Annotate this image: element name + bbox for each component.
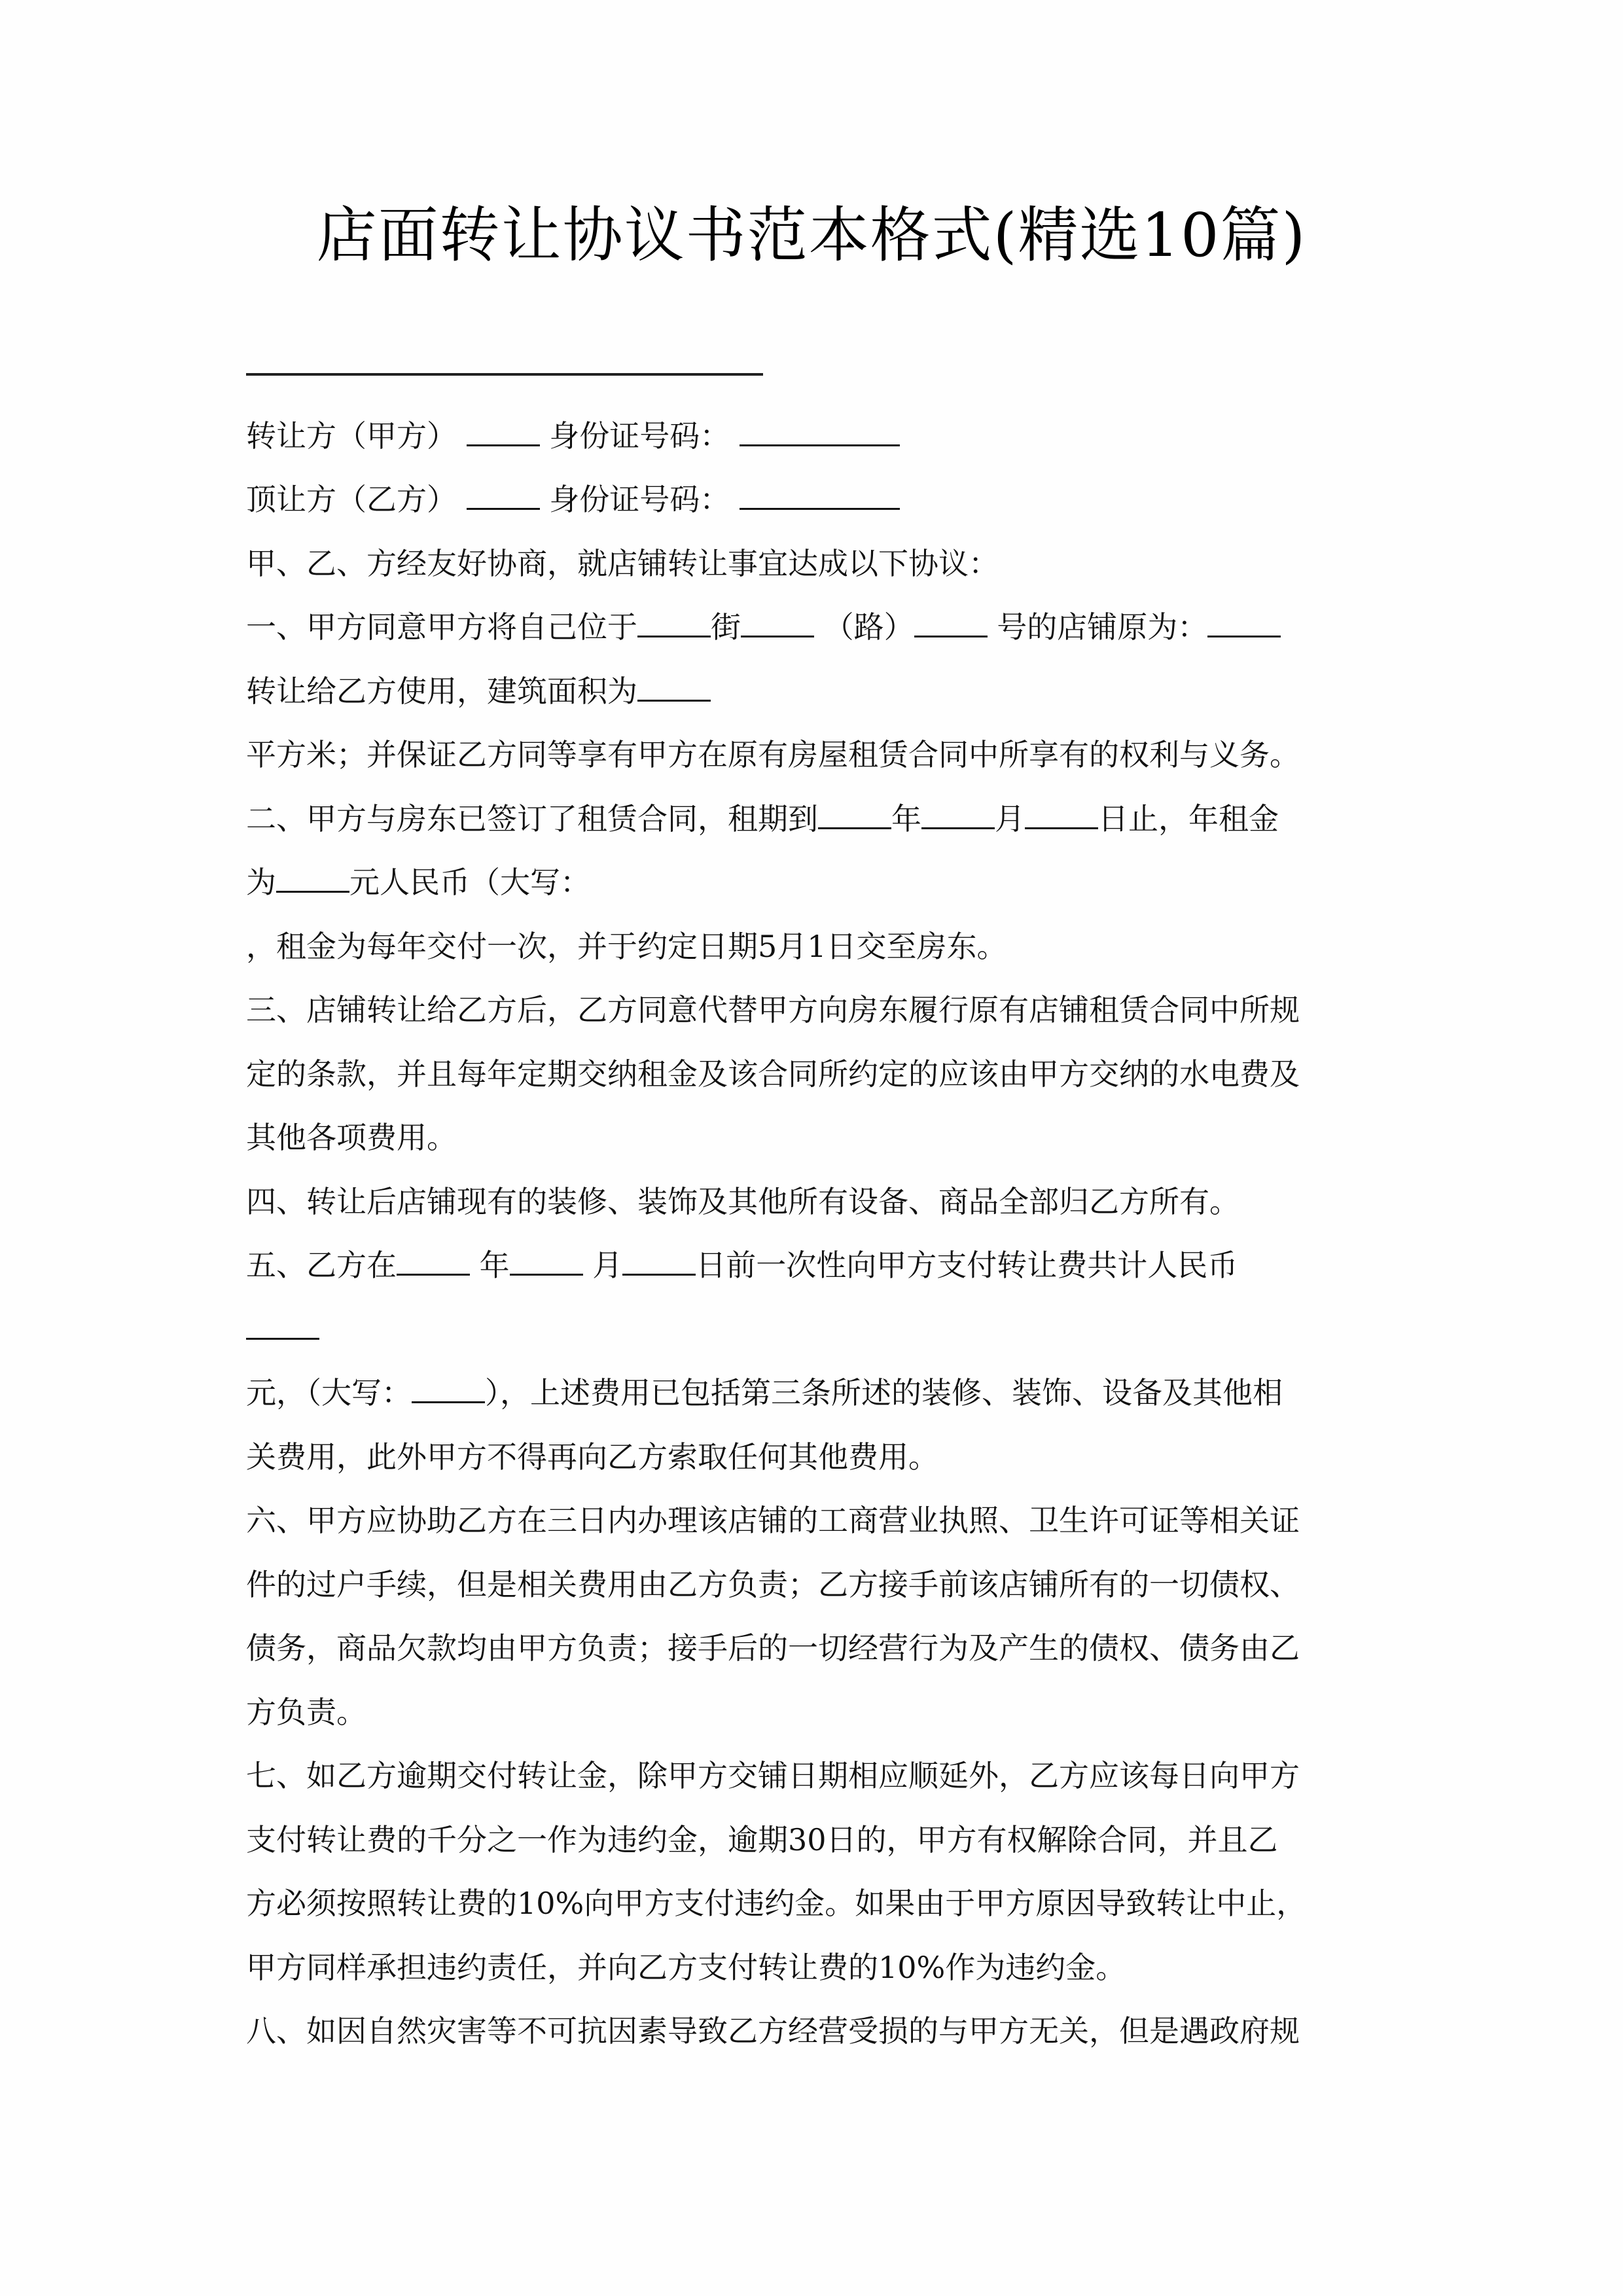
party-a-id-label: 身份证号码： [549,418,730,454]
clause-text: 转让给乙方使用，建筑面积为 [246,673,637,709]
document-body: 转让方（甲方） 身份证号码： 顶让方（乙方） 身份证号码： 甲、乙、方经友好协商… [246,340,1398,2064]
party-a-name-blank[interactable] [467,418,540,446]
street-number-blank[interactable] [741,609,814,637]
party-a-id-blank[interactable] [740,418,900,446]
intro-line: 甲、乙、方经友好协商，就店铺转让事宜达成以下协议： [246,532,1398,596]
clause-text: （路） [814,609,914,645]
transfer-fee-words-blank[interactable] [412,1375,485,1403]
clause-6-line-1: 六、甲方应协助乙方在三日内办理该店铺的工商营业执照、卫生许可证等相关证 [246,1489,1398,1553]
clause-1-line-1: 一、甲方同意甲方将自己位于街 （路） 号的店铺原为： [246,596,1398,660]
party-b-id-blank[interactable] [740,482,900,510]
clause-text: 年 [891,801,921,836]
street-blank[interactable] [637,609,711,637]
payment-year-blank[interactable] [397,1247,470,1276]
clause-6-line-3: 债务，商品欠款均由甲方负责；接手后的一切经营行为及产生的债权、债务由乙 [246,1617,1398,1681]
separator-line [246,340,1398,404]
clause-7-line-2: 支付转让费的千分之一作为违约金，逾期30日的，甲方有权解除合同，并且乙 [246,1808,1398,1873]
clause-text: 日前一次性向甲方支付转让费共计人民币 [696,1247,1238,1283]
party-b-line: 顶让方（乙方） 身份证号码： [246,468,1398,532]
clause-5-line-1: 五、乙方在 年 月日前一次性向甲方支付转让费共计人民币 [246,1234,1398,1298]
lease-year-blank[interactable] [818,801,891,829]
clause-text: ），上述费用已包括第三条所述的装修、装饰、设备及其他相 [485,1375,1283,1410]
party-b-id-label: 身份证号码： [549,482,730,517]
clause-text: 元人民币（大写： [349,865,590,900]
clause-text: 街 [711,609,741,645]
clause-7-line-4: 甲方同样承担违约责任，并向乙方支付转让费的10%作为违约金。 [246,1936,1398,2000]
clause-1-line-3: 平方米；并保证乙方同等享有甲方在原有房屋租赁合同中所享有的权利与义务。 [246,723,1398,787]
annual-rent-blank[interactable] [276,865,349,893]
clause-text: 号的店铺原为： [988,609,1208,645]
clause-text: 二、甲方与房东已签订了租赁合同，租期到 [246,801,818,836]
clause-5-line-2 [246,1298,1398,1362]
area-blank[interactable] [637,673,711,702]
clause-text: 月 [995,801,1025,836]
separator-rule [246,373,763,376]
clause-text: 一、甲方同意甲方将自己位于 [246,609,637,645]
clause-7-line-1: 七、如乙方逾期交付转让金，除甲方交铺日期相应顺延外，乙方应该每日向甲方 [246,1744,1398,1808]
clause-1-line-2: 转让给乙方使用，建筑面积为 [246,660,1398,724]
party-a-line: 转让方（甲方） 身份证号码： [246,404,1398,469]
clause-text: 为 [246,865,276,900]
road-blank[interactable] [914,609,988,637]
clause-5-line-3: 元，（大写：），上述费用已包括第三条所述的装修、装饰、设备及其他相 [246,1361,1398,1426]
party-b-name-blank[interactable] [467,482,540,510]
transfer-fee-blank[interactable] [246,1312,319,1340]
clause-text: 日止，年租金 [1098,801,1279,836]
clause-5-line-4: 关费用，此外甲方不得再向乙方索取任何其他费用。 [246,1426,1398,1490]
document-title: 店面转让协议书范本格式(精选10篇) [0,196,1623,275]
payment-day-blank[interactable] [622,1247,696,1276]
clause-7-line-3: 方必须按照转让费的10%向甲方支付违约金。如果由于甲方原因导致转让中止， [246,1872,1398,1936]
clause-3-line-3: 其他各项费用。 [246,1106,1398,1170]
party-b-label: 顶让方（乙方） [246,482,457,517]
clause-2-line-2: 为元人民币（大写： [246,851,1398,915]
document-page: 店面转让协议书范本格式(精选10篇) 转让方（甲方） 身份证号码： 顶让方（乙方… [0,0,1623,2296]
clause-text: 元，（大写： [246,1375,412,1410]
clause-3-line-2: 定的条款，并且每年定期交纳租金及该合同所约定的应该由甲方交纳的水电费及 [246,1043,1398,1107]
clause-2-line-1: 二、甲方与房东已签订了租赁合同，租期到年月日止，年租金 [246,787,1398,852]
payment-month-blank[interactable] [510,1247,583,1276]
clause-text: 年 [470,1247,510,1283]
clause-text: 月 [583,1247,623,1283]
party-a-label: 转让方（甲方） [246,418,457,454]
clause-6-line-2: 件的过户手续，但是相关费用由乙方负责；乙方接手前该店铺所有的一切债权、 [246,1553,1398,1617]
lease-day-blank[interactable] [1025,801,1098,829]
clause-3-line-1: 三、店铺转让给乙方后，乙方同意代替甲方向房东履行原有店铺租赁合同中所规 [246,978,1398,1043]
clause-text: 五、乙方在 [246,1247,397,1283]
clause-2-line-3: ，租金为每年交付一次，并于约定日期5月1日交至房东。 [246,915,1398,979]
clause-6-line-4: 方负责。 [246,1681,1398,1745]
clause-8-line-1: 八、如因自然灾害等不可抗因素导致乙方经营受损的与甲方无关，但是遇政府规 [246,2000,1398,2064]
clause-4-line-1: 四、转让后店铺现有的装修、装饰及其他所有设备、商品全部归乙方所有。 [246,1170,1398,1234]
lease-month-blank[interactable] [921,801,995,829]
original-use-blank[interactable] [1207,609,1281,637]
